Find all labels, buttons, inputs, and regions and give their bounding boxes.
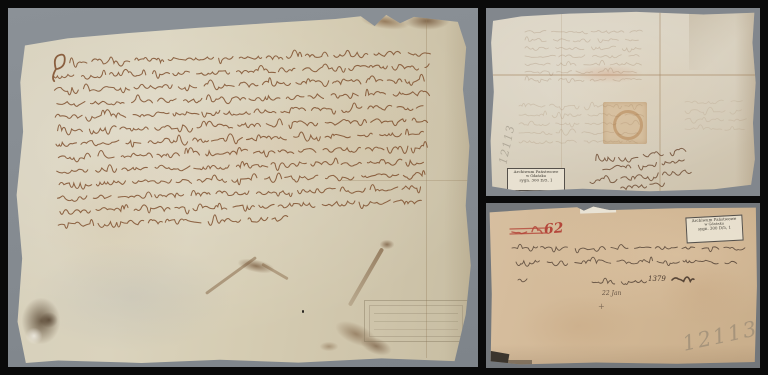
parchment-recto: [12, 12, 474, 364]
verso-annotations: [489, 10, 757, 192]
parchment-verso: 12113 Archiwum Państwowe w Gdańsku sygn.…: [489, 10, 757, 192]
photo-panel-recto: [8, 8, 478, 367]
recto-manuscript-text: [12, 12, 474, 364]
envelope-handwriting: [488, 206, 758, 366]
archival-photo-composite: { "palette": { "backdrop": "#0a0a0a", "p…: [0, 0, 768, 375]
archive-envelope: 62 Archiwum Państwowe w Gdańsku sygn. 30…: [488, 206, 758, 366]
photo-panel-envelope: 62 Archiwum Państwowe w Gdańsku sygn. 30…: [486, 203, 760, 368]
photo-panel-verso: 12113 Archiwum Państwowe w Gdańsku sygn.…: [486, 8, 760, 196]
